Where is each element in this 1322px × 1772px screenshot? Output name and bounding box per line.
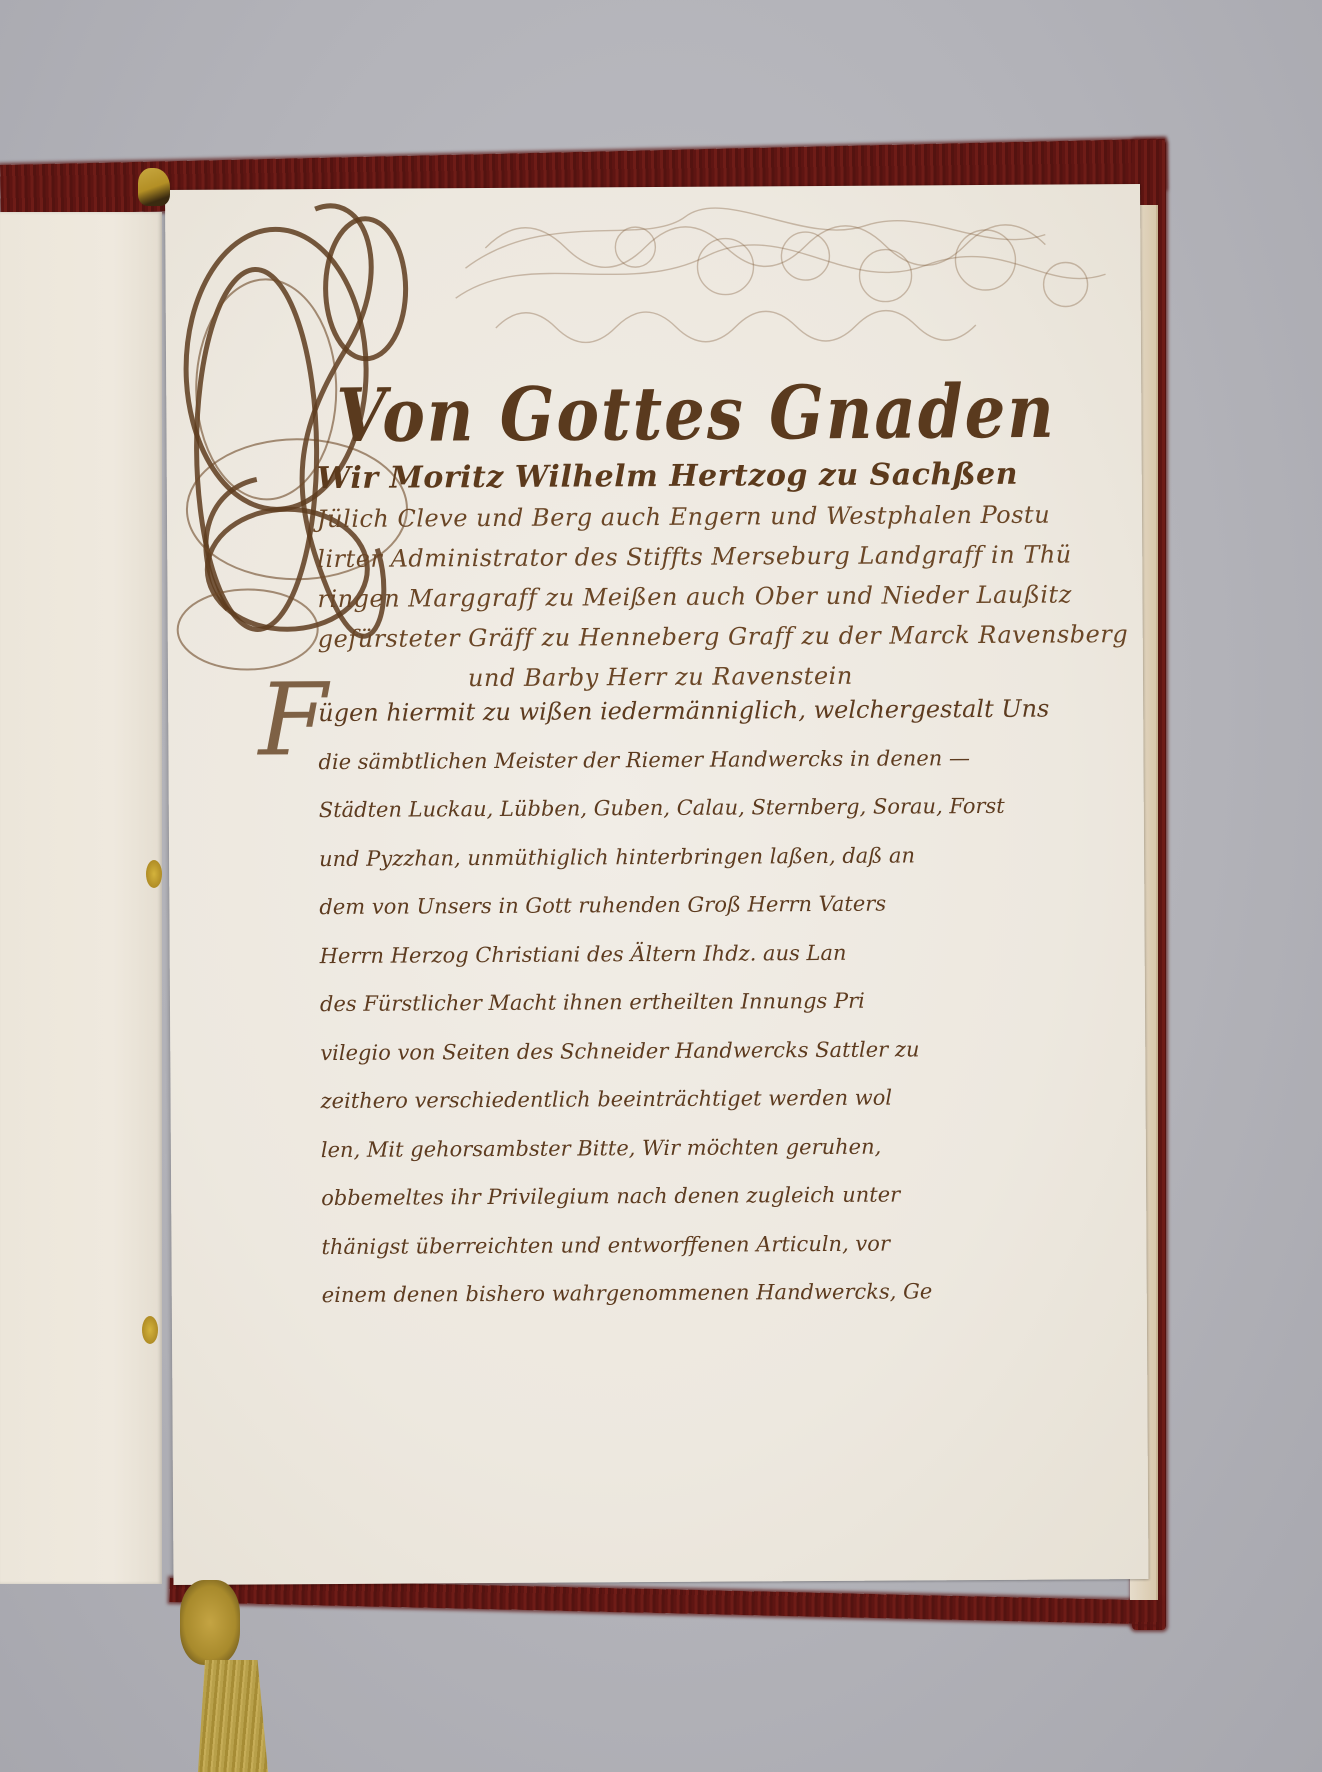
body-line: dem von Unsers in Gott ruhenden Groß Her… (289, 878, 1089, 931)
body-line: die sämbtlichen Meister der Riemer Handw… (288, 733, 1088, 786)
title-line: ringen Marggraff zu Meißen auch Ober und… (317, 574, 1117, 619)
title-line: lirter Administrator des Stiffts Mersebu… (317, 534, 1117, 579)
body-line: ügen hiermit zu wißen iedermänniglich, w… (288, 684, 1088, 737)
decorated-initial: F (258, 661, 328, 778)
body-line: vilegio von Seiten des Schneider Handwer… (290, 1024, 1090, 1077)
tassel-fringe-icon (198, 1660, 268, 1772)
body-line: obbemeltes ihr Privilegium nach denen zu… (291, 1169, 1091, 1222)
body-line: len, Mit gehorsambster Bitte, Wir möchte… (291, 1121, 1091, 1174)
tassel-top-icon (138, 168, 170, 206)
binding-thread-icon (146, 860, 162, 888)
body-line: zeithero verschiedentlich beeinträchtige… (290, 1072, 1090, 1125)
title-line: gefürsteter Gräff zu Henneberg Graff zu … (318, 614, 1118, 659)
left-blank-page (0, 212, 162, 1584)
title-line: Wir Moritz Wilhelm Hertzog zu Sachßen (317, 454, 1117, 499)
body-line: Städten Luckau, Lübben, Guben, Calau, St… (289, 781, 1089, 834)
body-line: thänigst überreichten und entworffenen A… (291, 1218, 1091, 1271)
body-line: einem denen bishero wahrgenommenen Handw… (292, 1266, 1092, 1319)
body-text: F ügen hiermit zu wißen iedermänniglich,… (288, 684, 1092, 1319)
body-line: Herrn Herzog Christiani des Ältern Ihdz.… (290, 927, 1090, 980)
manuscript-page: Von Gottes Gnaden Wir Moritz Wilhelm Her… (165, 184, 1149, 1585)
ducal-titles: Wir Moritz Wilhelm Hertzog zu Sachßen Jü… (317, 454, 1118, 699)
body-line: des Fürstlicher Macht ihnen ertheilten I… (290, 975, 1090, 1028)
body-line: und Pyzzhan, unmüthiglich hinterbringen … (289, 830, 1089, 883)
velvet-cover-bottom-edge (169, 1578, 1159, 1624)
heading-von-gottes-gnaden: Von Gottes Gnaden (336, 369, 1056, 460)
tassel-knot-icon (180, 1580, 240, 1665)
title-line: Jülich Cleve und Berg auch Engern und We… (317, 494, 1117, 539)
binding-thread-icon (142, 1316, 158, 1344)
